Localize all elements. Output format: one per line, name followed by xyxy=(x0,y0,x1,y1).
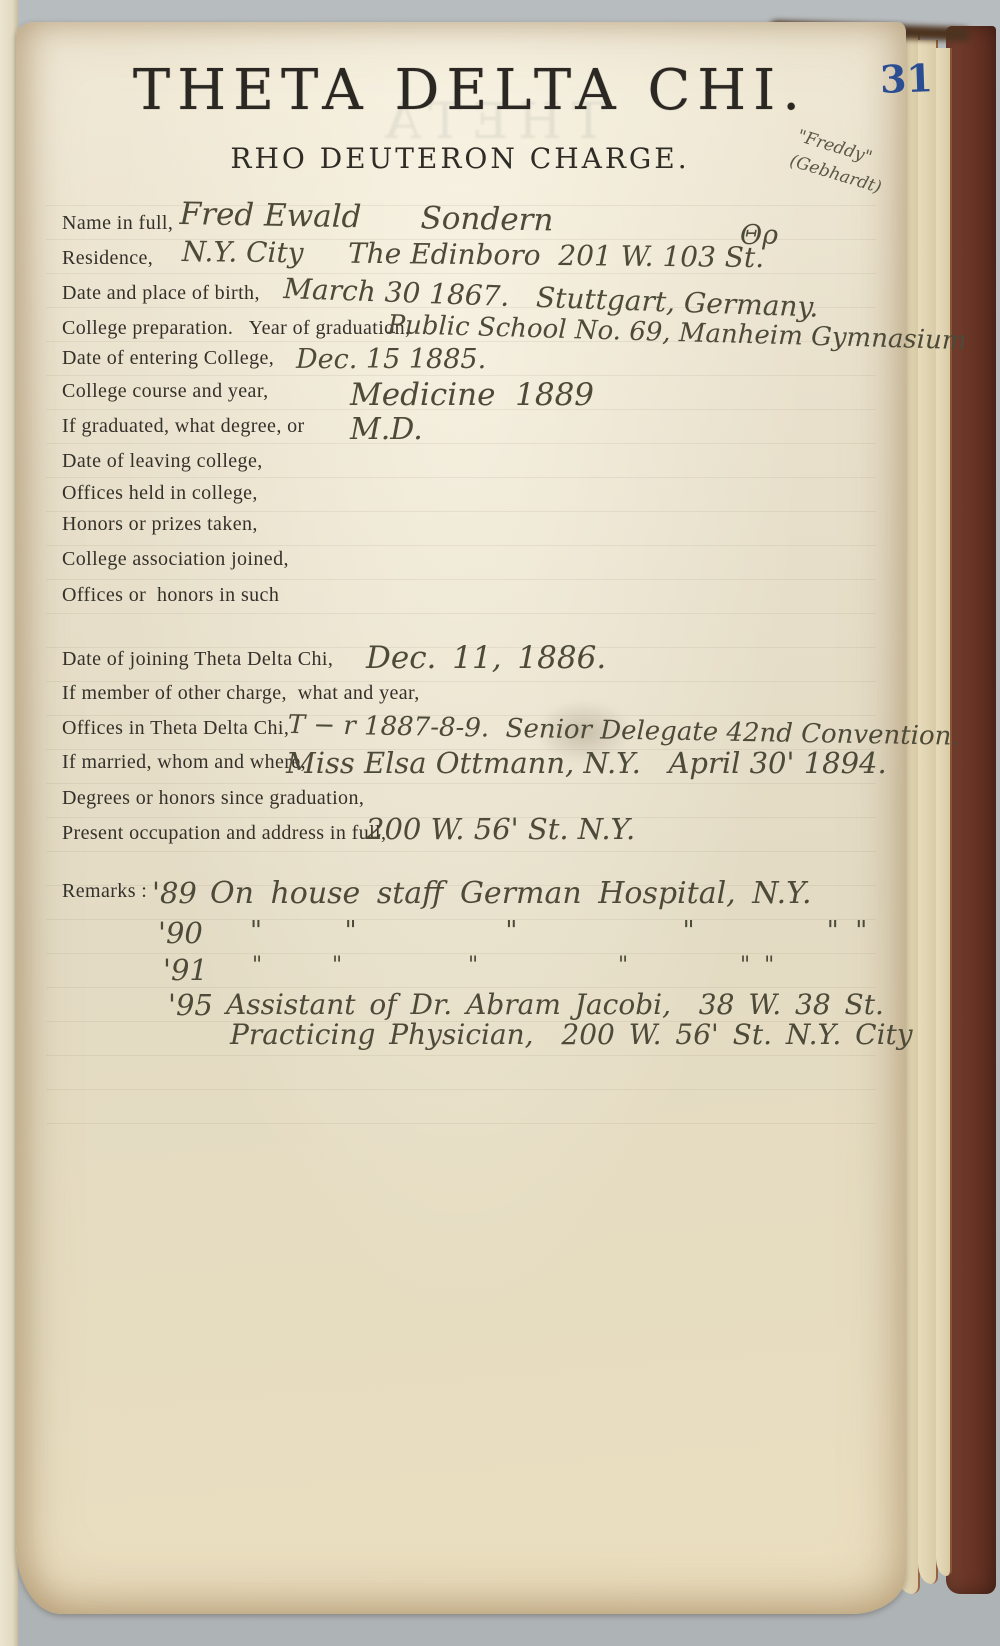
remark-ditto: " " " " " " xyxy=(252,953,774,978)
remark-text: Assistant of Dr. Abram Jacobi, 38 W. 38 … xyxy=(226,988,884,1021)
remark-year: '90 xyxy=(158,916,203,950)
hw-degree: M.D. xyxy=(350,412,423,447)
field-label-degrees-since: Degrees or honors since graduation, xyxy=(62,787,364,810)
field-label-birth: Date and place of birth, xyxy=(62,282,260,305)
field-label-residence: Residence, xyxy=(62,247,153,270)
field-label-honors: Honors or prizes taken, xyxy=(62,513,258,536)
hw-married: Miss Elsa Ottmann, N.Y. April 30' 1894. xyxy=(286,746,887,780)
page-stack-edge xyxy=(918,40,938,1584)
page-stack-edge xyxy=(936,48,952,1576)
field-label-offices-tdx: Offices in Theta Delta Chi, xyxy=(62,717,289,740)
field-label-other-charge: If member of other charge, what and year… xyxy=(62,682,420,705)
page-subtitle: RHO DEUTERON CHARGE. xyxy=(30,142,890,175)
hw-entering: Dec. 15 1885. xyxy=(296,344,486,375)
hw-joining-tdx: Dec. 11, 1886. xyxy=(366,640,606,676)
field-label-leaving: Date of leaving college, xyxy=(62,450,263,473)
field-label-occupation: Present occupation and address in full, xyxy=(62,822,386,845)
field-label-association: College association joined, xyxy=(62,548,289,571)
remark-text: Practicing Physician, 200 W. 56' St. N.Y… xyxy=(230,1018,913,1051)
hw-course: Medicine 1889 xyxy=(350,377,594,413)
field-label-entering: Date of entering College, xyxy=(62,347,274,370)
field-label-married: If married, whom and where, xyxy=(62,751,306,774)
hw-residence: N.Y. City The Edinboro 201 W. 103 St. xyxy=(182,235,765,274)
hw-occupation: 200 W. 56' St. N.Y. xyxy=(366,812,635,846)
field-label-joining-tdx: Date of joining Theta Delta Chi, xyxy=(62,648,333,671)
remark-ditto: " " " " " " xyxy=(250,916,867,946)
hw-name: Fred Ewald Sondern xyxy=(179,196,553,239)
field-label-course: College course and year, xyxy=(62,380,269,403)
remarks-label: Remarks : xyxy=(62,880,147,903)
field-label-degree: If graduated, what degree, or xyxy=(62,415,305,438)
book-cover-edge xyxy=(946,26,996,1594)
remark-year: '91 xyxy=(163,953,208,987)
page-title: THETA DELTA CHI. xyxy=(30,58,910,123)
remark-year: '95 xyxy=(168,988,213,1022)
field-label-college-prep: College preparation. Year of graduation, xyxy=(62,317,410,340)
remark-text: On house staff German Hospital, N.Y. xyxy=(210,876,812,911)
field-label-name: Name in full, xyxy=(62,212,173,235)
remark-year: '89 xyxy=(152,876,197,910)
field-label-offices-college: Offices held in college, xyxy=(62,482,258,505)
page-number: 31 xyxy=(879,55,933,102)
field-label-offices-honors: Offices or honors in such xyxy=(62,584,279,607)
